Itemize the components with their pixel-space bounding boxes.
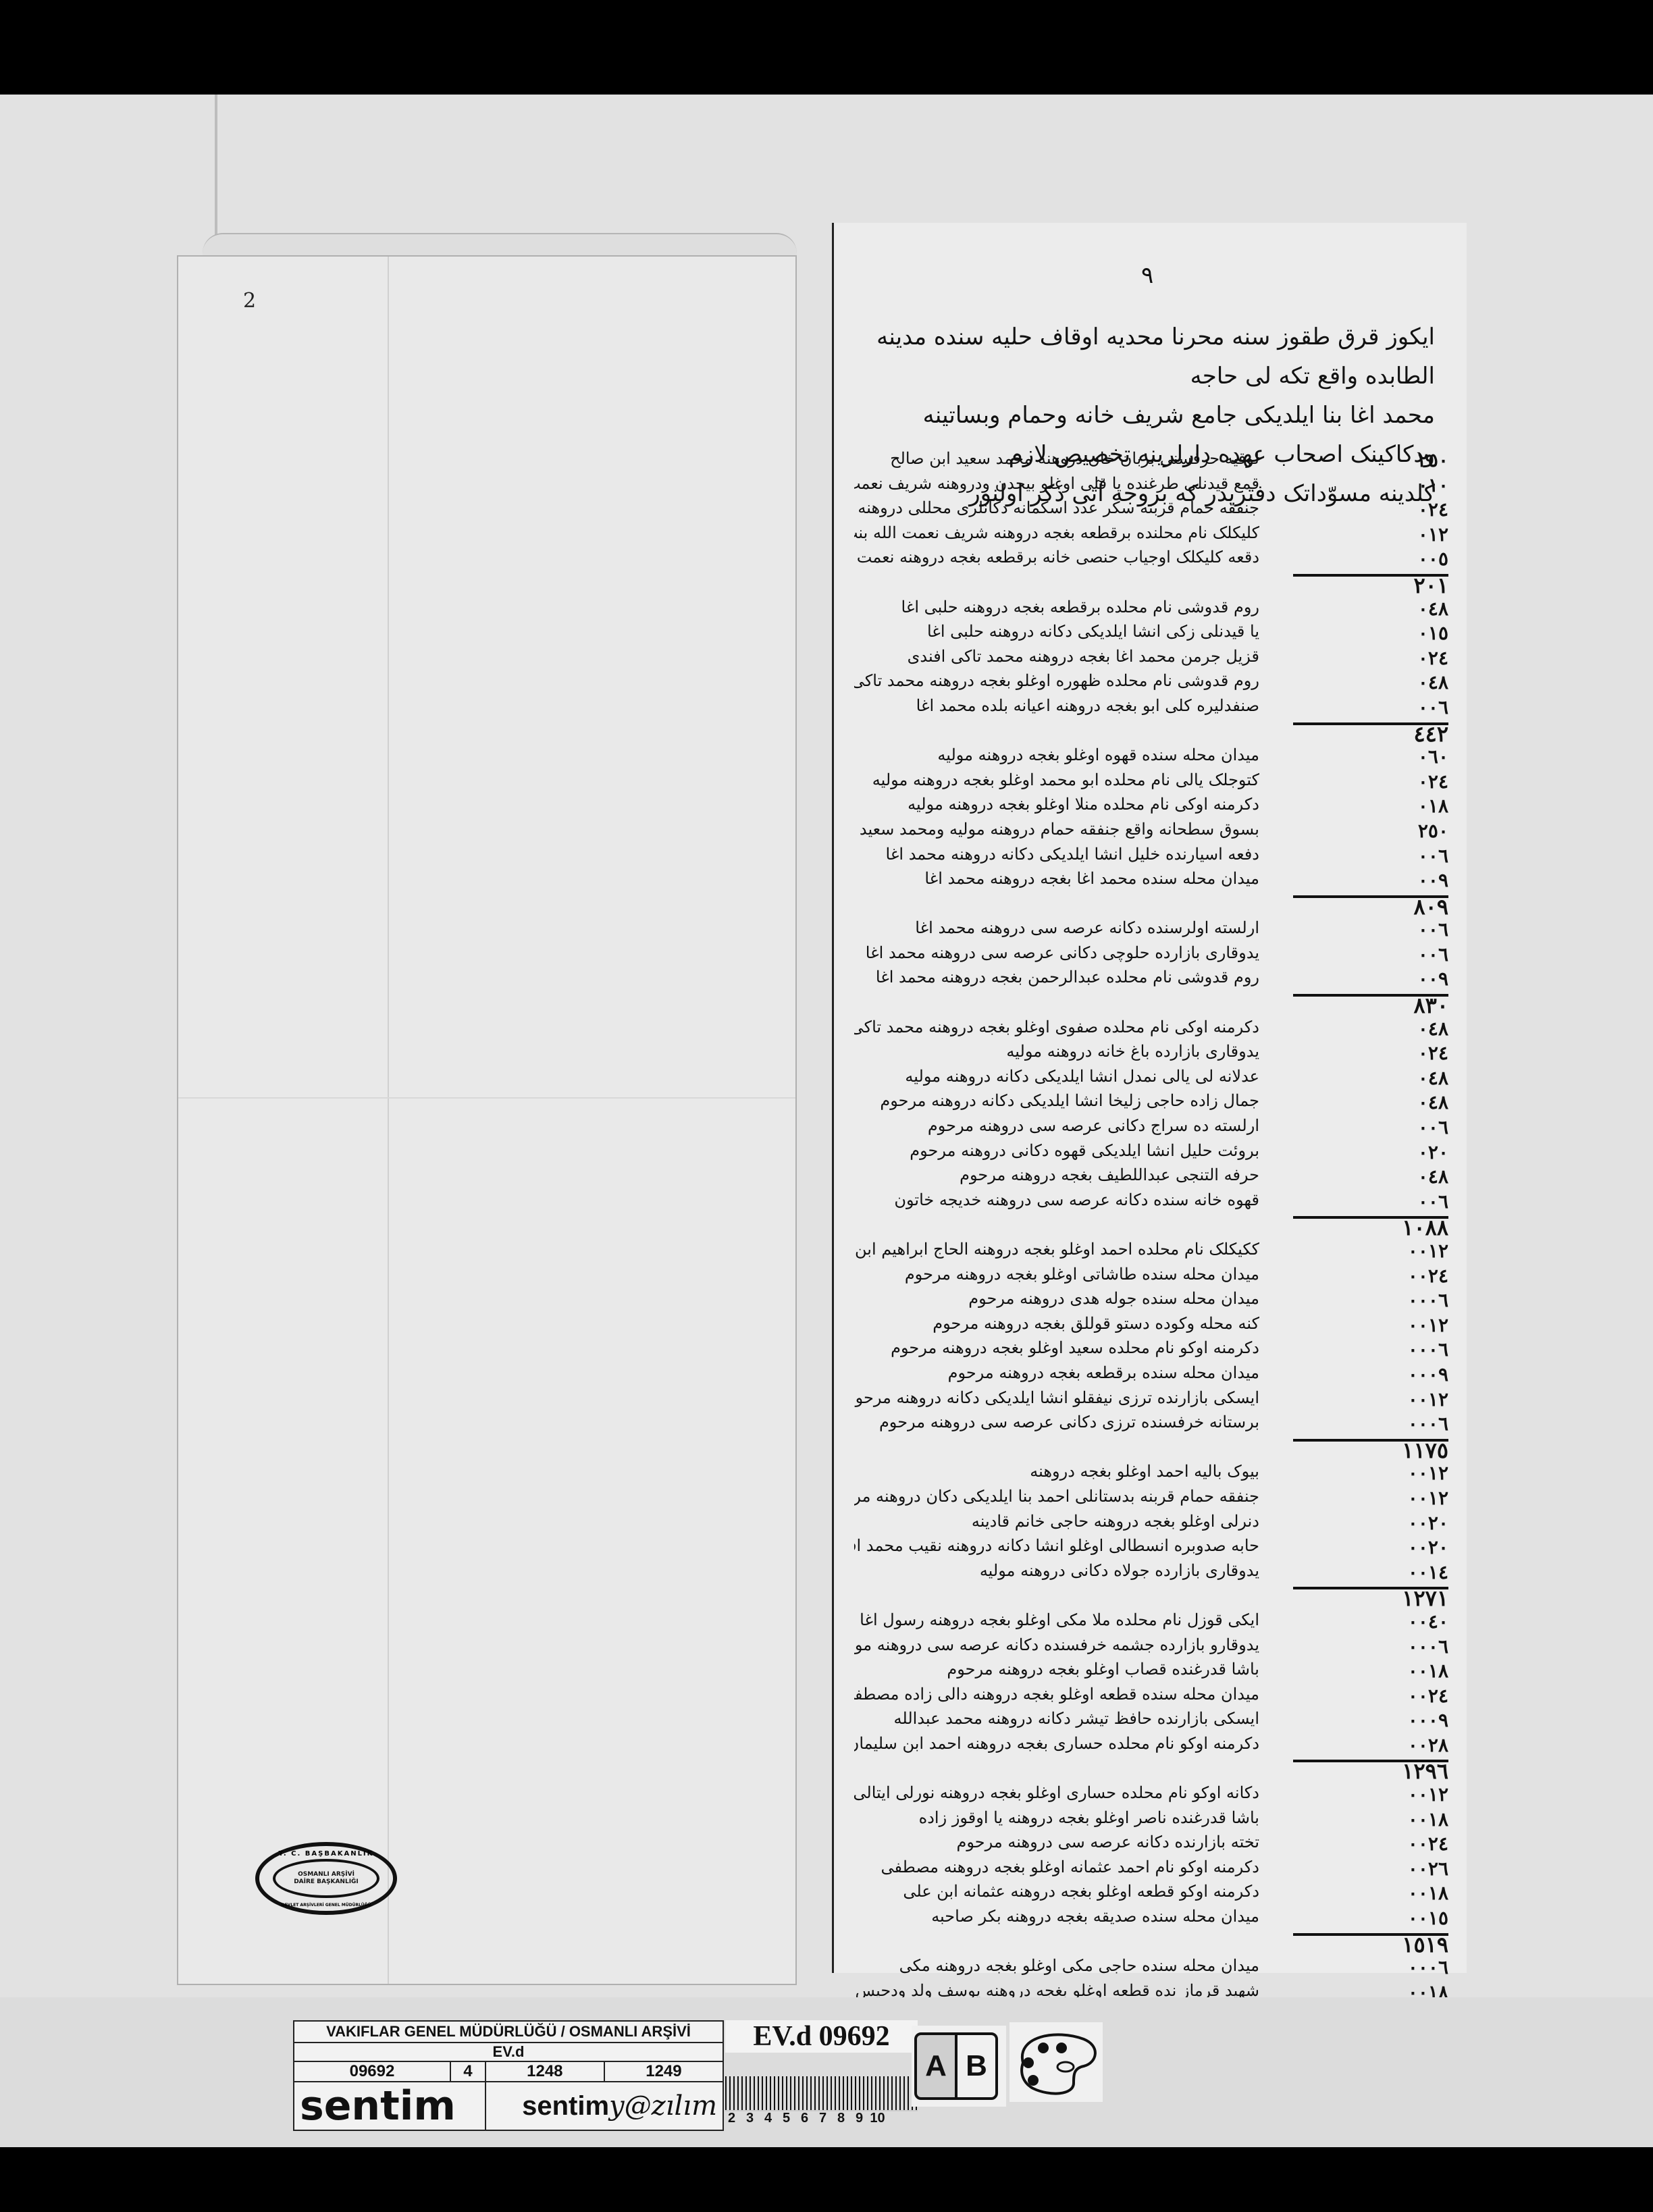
ledger-row: دنرلی اوغلو بغجه دروهنه حاجی خانم قادینه… [834, 1512, 1469, 1537]
stamp-inner-line1: OSMANLI ARŞİVİ [298, 1871, 355, 1878]
ledger-amount: ٠٠٦ [1313, 918, 1448, 941]
ledger-amount: ٠٠١٢ [1313, 1314, 1448, 1336]
ledger-amount: ٠٠١٢ [1313, 1487, 1448, 1509]
ledger-amount: ٠٠٦ [1313, 943, 1448, 966]
label-file-number: 09692 [294, 2061, 450, 2082]
ledger-row: دقعه کلیکلک اوجیاب حنصی خانه برقطعه بغجه… [834, 548, 1469, 573]
ledger-description: میدان محله سنده طاشاتی اوغلو بغجه دروهنه… [854, 1265, 1259, 1284]
ledger-description: دنرلی اوغلو بغجه دروهنه حاجی خانم قادینه [854, 1512, 1259, 1531]
ledger-amount: ٠٠٢٤ [1313, 1265, 1448, 1287]
ledger-subtotal: ١٢٧١ [1313, 1585, 1448, 1611]
ledger-amount: ٠٠٢٠ [1313, 1536, 1448, 1558]
ledger-subtotal-row: ١٢٧١ [834, 1585, 1469, 1610]
ledger-description: میدان محله سنده قهوه اوغلو بغجه دروهنه م… [854, 745, 1259, 764]
left-page-fold-horizontal [178, 1097, 795, 1099]
ledger-description: قهوه خانه سنده دکانه عرصه سی دروهنه خدیج… [854, 1190, 1259, 1209]
ledger-amount: ٢٥٠ [1313, 820, 1448, 842]
ledger-description: دکانه اوکو نام محلده حساری اوغلو بغجه در… [854, 1783, 1259, 1802]
ledger-amount: ٠٠٢٤ [1313, 1833, 1448, 1855]
ledger-description: قمع قیدنلی طرغنده یا قلی اوغلو بیجدن ودر… [854, 474, 1259, 493]
ledger-description: دکرمنه اوکو نام محلده حساری بغجه دروهنه … [854, 1734, 1259, 1753]
ledger-entries: لوقیه حرفسنی بربان خان دروهنه محمد سعید … [834, 449, 1469, 2105]
ledger-row: تخته بازارنده دکانه عرصه سی دروهنه مرحوم… [834, 1833, 1469, 1858]
ruler-label: 2 [723, 2111, 741, 2126]
ledger-row: عدلانه لی یالی نمدل انشا ایلدیکی دکانه د… [834, 1067, 1469, 1092]
ledger-amount: ٠٠١٨ [1313, 1882, 1448, 1904]
ledger-description: حرفه التنجی عبداللطیف بغجه دروهنه مرحوم [854, 1165, 1259, 1184]
ledger-subtotal-row: ١٠٨٨ [834, 1215, 1469, 1240]
ledger-row: ایکی قوزل نام محلده ملا مکی اوغلو بغجه د… [834, 1610, 1469, 1635]
ledger-description: باشا قدرغنده قصاب اوغلو بغجه دروهنه مرحو… [854, 1660, 1259, 1679]
ledger-row: روم قدوشی نام محلده ظهوره اوغلو بغجه درو… [834, 671, 1469, 696]
scan-top-border [0, 0, 1653, 95]
ledger-amount: ٠٠٠٦ [1313, 1413, 1448, 1435]
ledger-description: میدان محله سنده جوله هدی دروهنه مرحوم [854, 1289, 1259, 1308]
ledger-amount: ٠٠٢٨ [1313, 1734, 1448, 1756]
ledger-row: حرفه التنجی عبداللطیف بغجه دروهنه مرحوم٠… [834, 1165, 1469, 1190]
ledger-row: یدوقاری بازارده باغ خانه دروهنه مولیه٠٢٤ [834, 1042, 1469, 1067]
ledger-row: میدان محله سنده قطعه اوغلو بغجه دروهنه د… [834, 1685, 1469, 1710]
ledger-description: دکرمنه اوکو قطعه اوغلو بغجه دروهنه عثمان… [854, 1882, 1259, 1901]
ledger-description: میدان محله سنده قطعه اوغلو بغجه دروهنه د… [854, 1685, 1259, 1704]
ledger-row: باشا قدرغنده قصاب اوغلو بغجه دروهنه مرحو… [834, 1660, 1469, 1685]
ledger-amount: ٠٠٩ [1313, 869, 1448, 891]
ledger-amount: ٠٠١٢ [1313, 1783, 1448, 1806]
ledger-amount: ٠٠٠٦ [1313, 1635, 1448, 1658]
sentim-logo: sentim [294, 2082, 486, 2130]
ledger-subtotal-row: ٢٠١ [834, 573, 1469, 598]
ledger-description: دکرمنه اوکی نام محلده منلا اوغلو بغجه در… [854, 795, 1259, 814]
heading-line: ایکوز قرق طقوز سنه محرنا محدیه اوقاف حلی… [847, 317, 1435, 396]
ledger-row: میدان محله سنده برقطعه بغجه دروهنه مرحوم… [834, 1363, 1469, 1388]
ledger-subtotal-row: ٤٤٢ [834, 721, 1469, 746]
ledger-description: روم قدوشی نام محلده ظهوره اوغلو بغجه درو… [854, 671, 1259, 690]
ledger-subtotal: ٢٠١ [1313, 573, 1448, 598]
ledger-description: دکرمنه اوکو نام محلده سعید اوغلو بغجه در… [854, 1338, 1259, 1357]
ledger-subtotal-row: ١٥١٩ [834, 1932, 1469, 1957]
ledger-amount: ٠٠٩ [1313, 968, 1448, 990]
ledger-amount: ٠١٨ [1313, 795, 1448, 817]
archive-stamp: T. C. BAŞBAKANLIK OSMANLI ARŞİVİ DAİRE B… [255, 1842, 397, 1915]
ledger-description: جنفقه حمام قربنه سکر عدد اسکمانه دکانلری… [854, 498, 1259, 517]
ledger-row: ارلسته اولرسنده دکانه عرصه سی دروهنه محم… [834, 918, 1469, 943]
ledger-description: عدلانه لی یالی نمدل انشا ایلدیکی دکانه د… [854, 1067, 1259, 1086]
ledger-amount: ٠٦٠ [1313, 745, 1448, 768]
ledger-amount: ٠٠٠٦ [1313, 1338, 1448, 1361]
ledger-row: کنه محله وکوده دستو قوللق بغجه دروهنه مر… [834, 1314, 1469, 1339]
ledger-description: حابه صدوبره انسطالی اوغلو انشا دکانه درو… [854, 1536, 1259, 1555]
ledger-description: برستانه خرفسنده ترزی دکانی عرصه سی دروهن… [854, 1413, 1259, 1431]
ledger-row: میدان محله سنده طاشاتی اوغلو بغجه دروهنه… [834, 1265, 1469, 1290]
label-page-count: 4 [450, 2061, 486, 2082]
ledger-row: روم قدوشی نام محلده برقطعه بغجه دروهنه ح… [834, 598, 1469, 623]
ledger-amount: ٠٠٠٦ [1313, 1289, 1448, 1311]
ledger-description: یدوقاری بازارده جولاه دکانی دروهنه مولیه [854, 1561, 1259, 1580]
logo-text-b: y@zılım [609, 2090, 717, 2122]
ledger-subtotal: ١١٧٥ [1313, 1438, 1448, 1463]
ledger-description: جمال زاده حاجی زلیخا انشا ایلدیکی دکانه … [854, 1091, 1259, 1110]
ledger-row: ایسکی بازارنده ترزی نیفقلو انشا ایلدیکی … [834, 1388, 1469, 1413]
stamp-bottom-text: DEVLET ARŞİVLERİ GENEL MÜDÜRLÜĞÜ [259, 1903, 393, 1907]
ledger-subtotal-row: ١٢٩٦ [834, 1758, 1469, 1783]
ledger-amount: ٠٠٠٩ [1313, 1363, 1448, 1386]
ledger-subtotal: ١٢٩٦ [1313, 1758, 1448, 1784]
ledger-subtotal: ٨٣٠ [1313, 993, 1448, 1018]
ledger-description: یدوقاری بازارده حلوچی دکانی عرصه سی دروه… [854, 943, 1259, 962]
ledger-row: جنفقه حمام قربنه بدستانلی احمد بنا ایلدی… [834, 1487, 1469, 1512]
ruler-label: 5 [777, 2111, 795, 2126]
ledger-row: جنفقه حمام قربنه سکر عدد اسکمانه دکانلری… [834, 498, 1469, 523]
ledger-description: روم قدوشی نام محلده برقطعه بغجه دروهنه ح… [854, 598, 1259, 616]
ledger-description: یدوقاری بازارده باغ خانه دروهنه مولیه [854, 1042, 1259, 1061]
ledger-row: یدوقاری بازارده حلوچی دکانی عرصه سی دروه… [834, 943, 1469, 968]
ledger-subtotal: ١٠٨٨ [1313, 1215, 1448, 1240]
ledger-amount: ٠٠٤٠ [1313, 1610, 1448, 1633]
ruler-label: 4 [759, 2111, 777, 2126]
ledger-row: ایسکی بازارنده حافظ تیشر دکانه دروهنه مح… [834, 1709, 1469, 1734]
ledger-row: میدان محله سنده صدیقه بغجه دروهنه بکر صا… [834, 1907, 1469, 1932]
ledger-row: بروئت حلیل انشا ایلدیکی قهوه دکانی دروهن… [834, 1141, 1469, 1166]
ledger-amount: ٠٢٤ [1313, 770, 1448, 793]
ruler-label: 9 [850, 2111, 868, 2126]
ledger-description: میدان محله سنده برقطعه بغجه دروهنه مرحوم [854, 1363, 1259, 1382]
book-page-b: B [955, 2032, 998, 2100]
ledger-row: روم قدوشی نام محلده عبدالرحمن بغجه دروهن… [834, 968, 1469, 993]
ledger-row: ارلسته ده سراج دکانی عرصه سی دروهنه مرحو… [834, 1116, 1469, 1141]
ruler-label: 3 [741, 2111, 759, 2126]
scale-ruler [725, 2076, 918, 2111]
ledger-description: تخته بازارنده دکانه عرصه سی دروهنه مرحوم [854, 1833, 1259, 1851]
ledger-description: ایکی قوزل نام محلده ملا مکی اوغلو بغجه د… [854, 1610, 1259, 1629]
ledger-row: میدان محله سنده جوله هدی دروهنه مرحوم٠٠٠… [834, 1289, 1469, 1314]
ledger-description: ارلسته اولرسنده دکانه عرصه سی دروهنه محم… [854, 918, 1259, 937]
ledger-description: قزیل جرمن محمد اغا بغجه دروهنه محمد تاکی… [854, 647, 1259, 666]
ledger-amount: ٠٤٨ [1313, 1018, 1448, 1040]
stamp-top-text: T. C. BAŞBAKANLIK [259, 1850, 393, 1858]
ledger-amount: ٠٠١٢ [1313, 1240, 1448, 1262]
ledger-row: کتوجلک یالی نام محلده ابو محمد اوغلو بغج… [834, 770, 1469, 795]
ledger-amount: ٠٠١٢ [1313, 1388, 1448, 1411]
sentim-yazilim-logo: sentimy@zılım [486, 2082, 723, 2130]
ledger-amount: ٠٤٨ [1313, 598, 1448, 620]
ledger-description: دکرمنه اوکی نام محلده صفوی اوغلو بغجه در… [854, 1018, 1259, 1036]
stamp-inner-line2: DAİRE BAŞKANLIĞI [294, 1878, 359, 1886]
ledger-description: ککیکلک نام محلده احمد اوغلو بغجه دروهنه … [854, 1240, 1259, 1259]
ledger-amount: ٢٥٠ [1313, 449, 1448, 471]
ledger-row: میدان محله سنده قهوه اوغلو بغجه دروهنه م… [834, 745, 1469, 770]
ledger-description: یا قیدنلی زکی انشا ایلدیکی دکانه دروهنه … [854, 622, 1259, 641]
ledger-amount: ٠٠٥ [1313, 548, 1448, 570]
ledger-amount: ٠٢٠ [1313, 1141, 1448, 1163]
ledger-description: ایسکی بازارنده حافظ تیشر دکانه دروهنه مح… [854, 1709, 1259, 1728]
ledger-amount: ٠٤٨ [1313, 1091, 1448, 1113]
ledger-row: قمع قیدنلی طرغنده یا قلی اوغلو بیجدن ودر… [834, 474, 1469, 499]
ledger-subtotal: ٨٠٩ [1313, 894, 1448, 920]
left-page-fold-vertical [388, 257, 389, 1984]
ledger-amount: ٠٤٨ [1313, 1067, 1448, 1089]
ledger-row: برستانه خرفسنده ترزی دکانی عرصه سی دروهن… [834, 1413, 1469, 1438]
ledger-row: لوقیه حرفسنی بربان خان دروهنه محمد سعید … [834, 449, 1469, 474]
ledger-description: بسوق سطحانه واقع جنفقه حمام دروهنه مولیه… [854, 820, 1259, 839]
ledger-amount: ٠٢٤ [1313, 1042, 1448, 1064]
ledger-subtotal-row: ٨٣٠ [834, 993, 1469, 1018]
ledger-amount: ٠٢٤ [1313, 647, 1448, 669]
ledger-subtotal-row: ٨٠٩ [834, 894, 1469, 919]
ledger-row: بسوق سطحانه واقع جنفقه حمام دروهنه مولیه… [834, 820, 1469, 845]
ledger-description: ایسکی بازارنده ترزی نیفقلو انشا ایلدیکی … [854, 1388, 1259, 1407]
ledger-description: بروئت حلیل انشا ایلدیکی قهوه دکانی دروهن… [854, 1141, 1259, 1160]
ledger-amount: ٠٠٦ [1313, 845, 1448, 867]
ledger-row: ککیکلک نام محلده احمد اوغلو بغجه دروهنه … [834, 1240, 1469, 1265]
book-page-a: A [914, 2032, 957, 2100]
ledger-amount: ٠٠١٤ [1313, 1561, 1448, 1583]
stamp-inner-ring: OSMANLI ARŞİVİ DAİRE BAŞKANLIĞI [273, 1859, 379, 1898]
archive-catalog-label: VAKIFLAR GENEL MÜDÜRLÜĞÜ / OSMANLI ARŞİV… [293, 2020, 724, 2131]
reference-code: EV.d 09692 [725, 2020, 918, 2053]
ledger-row: دفعه اسیارنده خلیل انشا ایلدیکی دکانه در… [834, 845, 1469, 870]
ledger-description: میدان محله سنده محمد اغا بغجه دروهنه محم… [854, 869, 1259, 888]
ledger-row: کلیکلک نام محلنده برقطعه بغجه دروهنه شری… [834, 523, 1469, 548]
ledger-row: قزیل جرمن محمد اغا بغجه دروهنه محمد تاکی… [834, 647, 1469, 672]
ledger-description: یدوقارو بازارده جشمه خرفسنده دکانه عرصه … [854, 1635, 1259, 1654]
ledger-amount: ٠٠٢٦ [1313, 1858, 1448, 1880]
ledger-row: دکرمنه اوکو نام محلده سعید اوغلو بغجه در… [834, 1338, 1469, 1363]
ledger-row: میدان محله سنده محمد اغا بغجه دروهنه محم… [834, 869, 1469, 894]
ledger-amount: ٠٤٨ [1313, 671, 1448, 693]
ledger-row: قهوه خانه سنده دکانه عرصه سی دروهنه خدیج… [834, 1190, 1469, 1215]
ledger-row: دکرمنه اوکو نام احمد عثمانه اوغلو بغجه د… [834, 1858, 1469, 1882]
ruler-label: 8 [832, 2111, 850, 2126]
ledger-row: یدوقارو بازارده جشمه خرفسنده دکانه عرصه … [834, 1635, 1469, 1660]
open-book-icon: A B [912, 2026, 1006, 2107]
ledger-description: جنفقه حمام قربنه بدستانلی احمد بنا ایلدی… [854, 1487, 1259, 1506]
ledger-subtotal: ١٥١٩ [1313, 1932, 1448, 1957]
ledger-description: ارلسته ده سراج دکانی عرصه سی دروهنه مرحو… [854, 1116, 1259, 1135]
ledger-row: یدوقاری بازارده جولاه دکانی دروهنه مولیه… [834, 1561, 1469, 1586]
ledger-amount: ٠٠٦ [1313, 696, 1448, 718]
ledger-amount: ٠٠٠٦ [1313, 1956, 1448, 1978]
ruler-label: 10 [868, 2111, 887, 2126]
ledger-description: دفعه اسیارنده خلیل انشا ایلدیکی دکانه در… [854, 845, 1259, 864]
ledger-amount: ٠١٠ [1313, 474, 1448, 496]
ledger-amount: ٠٠١٥ [1313, 1907, 1448, 1929]
page-number: ٩ [1141, 262, 1153, 289]
ledger-description: کتوجلک یالی نام محلده ابو محمد اوغلو بغج… [854, 770, 1259, 789]
ledger-row: باشا قدرغنده ناصر اوغلو بغجه دروهنه یا ا… [834, 1808, 1469, 1833]
ledger-row: میدان محله سنده حاجی مکی اوغلو بغجه دروه… [834, 1956, 1469, 1981]
right-page-ledger: ٩ ایکوز قرق طقوز سنه محرنا محدیه اوقاف ح… [832, 223, 1467, 1973]
ruler-labels: 2345678910 [723, 2111, 1006, 2126]
ledger-description: میدان محله سنده حاجی مکی اوغلو بغجه دروه… [854, 1956, 1259, 1975]
ledger-amount: ٠٠١٨ [1313, 1660, 1448, 1682]
ledger-description: بیوک بالیه احمد اوغلو بغجه دروهنه [854, 1462, 1259, 1481]
ledger-row: دکانه اوکو نام محلده حساری اوغلو بغجه در… [834, 1783, 1469, 1808]
ledger-amount: ٠٠٦ [1313, 1116, 1448, 1138]
ledger-row: یا قیدنلی زکی انشا ایلدیکی دکانه دروهنه … [834, 622, 1469, 647]
folio-mark: 2 [243, 289, 256, 313]
ledger-amount: ٠٤٨ [1313, 1165, 1448, 1188]
ledger-amount: ٠٠٢٠ [1313, 1512, 1448, 1534]
logo-text-a: sentim [522, 2091, 609, 2121]
palette-icon [1009, 2022, 1103, 2102]
ledger-subtotal: ٤٤٢ [1313, 721, 1448, 747]
ledger-amount: ٠١٢ [1313, 523, 1448, 546]
ledger-row: جمال زاده حاجی زلیخا انشا ایلدیکی دکانه … [834, 1091, 1469, 1116]
ledger-row: حابه صدوبره انسطالی اوغلو انشا دکانه درو… [834, 1536, 1469, 1561]
label-collection: EV.d [294, 2043, 723, 2061]
ledger-row: دکرمنه اوکو قطعه اوغلو بغجه دروهنه عثمان… [834, 1882, 1469, 1907]
ledger-amount: ٠٠٦ [1313, 1190, 1448, 1213]
ruler-label: 6 [795, 2111, 814, 2126]
label-institution: VAKIFLAR GENEL MÜDÜRLÜĞÜ / OSMANLI ARŞİV… [294, 2021, 723, 2043]
ledger-row: صنفدلیره کلی ابو بغجه دروهنه اعیانه بلده… [834, 696, 1469, 721]
left-page-blank [177, 255, 797, 1985]
ledger-description: دقعه کلیکلک اوجیاب حنصی خانه برقطعه بغجه… [854, 548, 1259, 567]
ledger-amount: ٠٠١٢ [1313, 1462, 1448, 1484]
ledger-subtotal-row: ١١٧٥ [834, 1438, 1469, 1463]
ruler-label: 7 [814, 2111, 832, 2126]
ledger-description: لوقیه حرفسنی بربان خان دروهنه محمد سعید … [854, 449, 1259, 468]
label-year-end: 1249 [604, 2061, 723, 2082]
label-year-start: 1248 [486, 2061, 604, 2082]
ledger-row: دکرمنه اوکی نام محلده منلا اوغلو بغجه در… [834, 795, 1469, 820]
ledger-description: صنفدلیره کلی ابو بغجه دروهنه اعیانه بلده… [854, 696, 1259, 715]
ledger-amount: ٠٠٢٤ [1313, 1685, 1448, 1707]
ledger-description: کلیکلک نام محلنده برقطعه بغجه دروهنه شری… [854, 523, 1259, 542]
ledger-amount: ٠٢٤ [1313, 498, 1448, 521]
palette-icon-svg [1009, 2022, 1103, 2102]
ledger-row: دکرمنه اوکی نام محلده صفوی اوغلو بغجه در… [834, 1018, 1469, 1043]
ledger-description: روم قدوشی نام محلده عبدالرحمن بغجه دروهن… [854, 968, 1259, 986]
ledger-description: باشا قدرغنده ناصر اوغلو بغجه دروهنه یا ا… [854, 1808, 1259, 1827]
ledger-row: دکرمنه اوکو نام محلده حساری بغجه دروهنه … [834, 1734, 1469, 1759]
ledger-description: دکرمنه اوکو نام احمد عثمانه اوغلو بغجه د… [854, 1858, 1259, 1876]
ledger-description: میدان محله سنده صدیقه بغجه دروهنه بکر صا… [854, 1907, 1259, 1926]
ledger-row: بیوک بالیه احمد اوغلو بغجه دروهنه٠٠١٢ [834, 1462, 1469, 1487]
ledger-amount: ٠٠٠٩ [1313, 1709, 1448, 1731]
ledger-amount: ٠٠١٨ [1313, 1808, 1448, 1831]
ledger-description: کنه محله وکوده دستو قوللق بغجه دروهنه مر… [854, 1314, 1259, 1333]
ledger-amount: ٠١٥ [1313, 622, 1448, 644]
